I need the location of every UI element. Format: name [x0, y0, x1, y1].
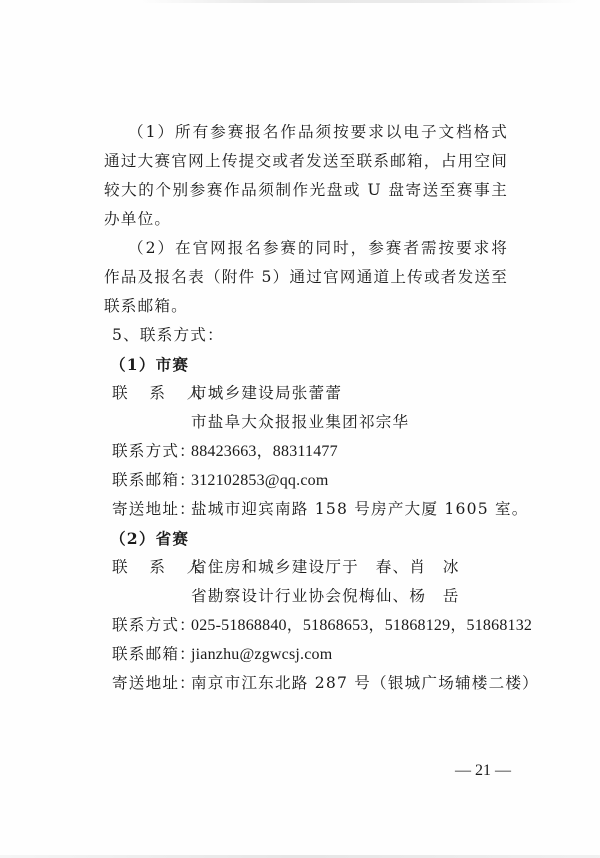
contact-person-row-continued: 市盐阜大众报报业集团祁宗华	[104, 408, 508, 437]
contact-person-row: 联 系 人： 省住房和城乡建设厅于 春、肖 冰	[104, 553, 508, 582]
email-value: 312102853@qq.com	[191, 466, 508, 495]
page-number: — 21 —	[448, 760, 518, 782]
address-row: 寄送地址： 盐城市迎宾南路 158 号房产大厦 1605 室。	[104, 495, 508, 524]
phone-label: 联系方式：	[112, 611, 191, 640]
contact-block-title: （1）市赛	[104, 350, 508, 379]
contact-block-title: （2）省赛	[104, 524, 508, 553]
document-page: （1）所有参赛报名作品须按要求以电子文档格式通过大赛官网上传提交或者发送至联系邮…	[0, 0, 600, 858]
address-value: 盐城市迎宾南路 158 号房产大厦 1605 室。	[191, 495, 529, 524]
address-row: 寄送地址： 南京市江东北路 287 号（银城广场辅楼二楼）	[104, 669, 508, 698]
email-label: 联系邮箱：	[112, 640, 191, 669]
address-label: 寄送地址：	[112, 669, 191, 698]
email-value: jianzhu@zgwcsj.com	[191, 640, 508, 669]
address-value: 南京市江东北路 287 号（银城广场辅楼二楼）	[191, 669, 539, 698]
contact-person-value: 市城乡建设局张蕾蕾	[191, 379, 508, 408]
contact-person-label: 联 系 人：	[112, 379, 191, 408]
contact-block-city: （1）市赛 联 系 人： 市城乡建设局张蕾蕾 市盐阜大众报报业集团祁宗华 联系方…	[104, 350, 508, 524]
document-body: （1）所有参赛报名作品须按要求以电子文档格式通过大赛官网上传提交或者发送至联系邮…	[104, 118, 508, 698]
address-label: 寄送地址：	[112, 495, 191, 524]
email-row: 联系邮箱： jianzhu@zgwcsj.com	[104, 640, 508, 669]
phone-row: 联系方式： 025-51868840，51868653，51868129，518…	[104, 611, 508, 640]
contact-person-row: 联 系 人： 市城乡建设局张蕾蕾	[104, 379, 508, 408]
section-heading-contact: 5、联系方式：	[104, 321, 508, 350]
phone-label: 联系方式：	[112, 437, 191, 466]
scan-edge-top	[140, 0, 580, 3]
phone-value: 88423663，88311477	[191, 437, 508, 466]
phone-value: 025-51868840，51868653，51868129，51868132	[191, 611, 532, 640]
contact-person-row-continued: 省勘察设计行业协会倪梅仙、杨 岳	[104, 582, 508, 611]
email-row: 联系邮箱： 312102853@qq.com	[104, 466, 508, 495]
email-label: 联系邮箱：	[112, 466, 191, 495]
contact-person-value: 省勘察设计行业协会倪梅仙、杨 岳	[191, 582, 508, 611]
phone-row: 联系方式： 88423663，88311477	[104, 437, 508, 466]
contact-person-value: 省住房和城乡建设厅于 春、肖 冰	[191, 553, 508, 582]
contact-block-province: （2）省赛 联 系 人： 省住房和城乡建设厅于 春、肖 冰 省勘察设计行业协会倪…	[104, 524, 508, 698]
contact-person-label: 联 系 人：	[112, 553, 191, 582]
paragraph-submission-format: （1）所有参赛报名作品须按要求以电子文档格式通过大赛官网上传提交或者发送至联系邮…	[104, 118, 508, 234]
paragraph-registration: （2）在官网报名参赛的同时，参赛者需按要求将作品及报名表（附件 5）通过官网通道…	[104, 234, 508, 321]
contact-person-value: 市盐阜大众报报业集团祁宗华	[191, 408, 508, 437]
